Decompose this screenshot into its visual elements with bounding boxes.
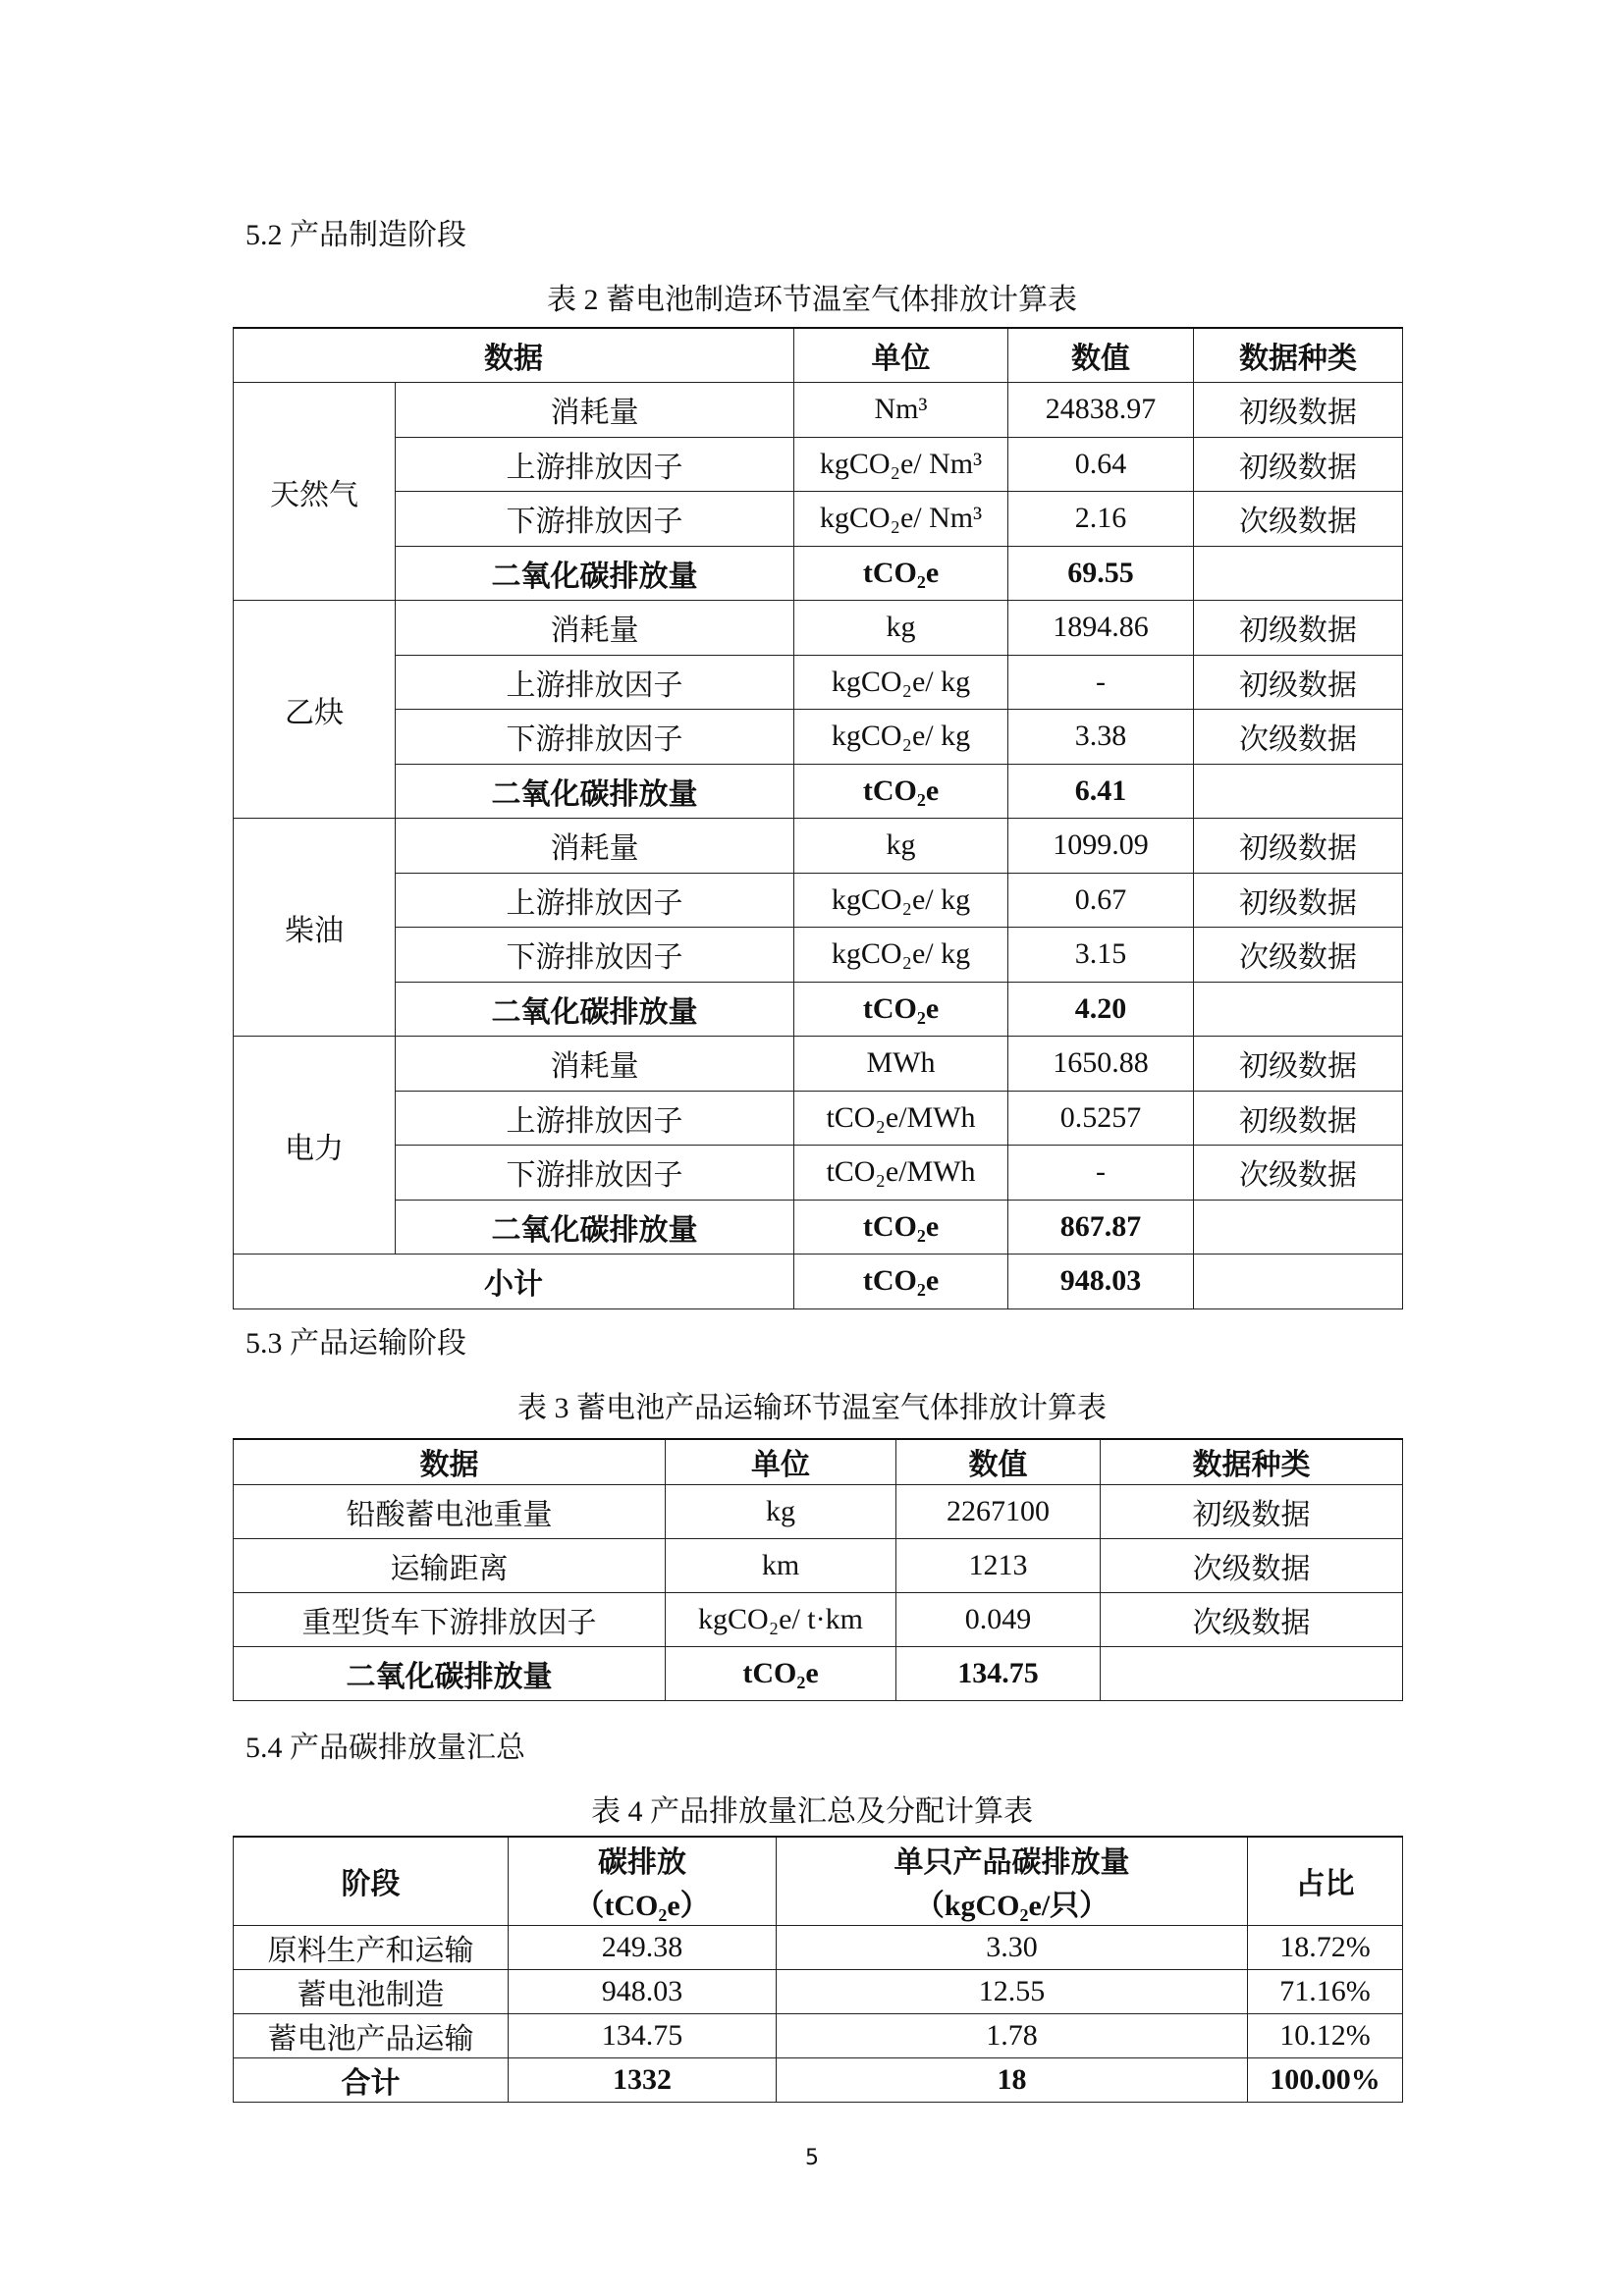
type-cell: 次级数据 bbox=[1194, 1146, 1403, 1201]
header-per-unit-line1: 单只产品碳排放量 bbox=[777, 1838, 1247, 1881]
page-number: 5 bbox=[0, 2146, 1624, 2170]
item-cell: 消耗量 bbox=[396, 819, 794, 874]
value-cell: 867.87 bbox=[1008, 1200, 1194, 1255]
unit-cell: kgCO₂e/ kg bbox=[794, 655, 1008, 710]
table-row: 铅酸蓄电池重量 kg 2267100 初级数据 bbox=[234, 1484, 1403, 1538]
table-4-caption: 表 4 产品排放量汇总及分配计算表 bbox=[0, 1787, 1624, 1830]
item-cell: 重型货车下游排放因子 bbox=[234, 1592, 666, 1646]
item-cell: 下游排放因子 bbox=[396, 928, 794, 983]
unit-cell: tCO₂e bbox=[794, 1200, 1008, 1255]
subtotal-unit: tCO₂e bbox=[794, 1255, 1008, 1309]
item-cell: 二氧化碳排放量 bbox=[396, 546, 794, 601]
table-row: 下游排放因子 kgCO₂e/ Nm³ 2.16 次级数据 bbox=[234, 492, 1403, 547]
table-row: 上游排放因子 kgCO₂e/ kg - 初级数据 bbox=[234, 655, 1403, 710]
type-cell: 初级数据 bbox=[1194, 1091, 1403, 1146]
emission-cell: 249.38 bbox=[509, 1925, 777, 1969]
type-cell: 初级数据 bbox=[1194, 383, 1403, 438]
unit-cell: tCO₂e bbox=[794, 982, 1008, 1037]
unit-cell: tCO₂e/MWh bbox=[794, 1146, 1008, 1201]
type-cell: 次级数据 bbox=[1101, 1538, 1403, 1592]
unit-cell: kgCO₂e/ kg bbox=[794, 873, 1008, 928]
type-cell: 初级数据 bbox=[1194, 1037, 1403, 1092]
type-cell: 次级数据 bbox=[1194, 492, 1403, 547]
item-cell: 二氧化碳排放量 bbox=[234, 1646, 666, 1700]
table-2-caption: 表 2 蓄电池制造环节温室气体排放计算表 bbox=[0, 275, 1624, 318]
item-cell: 下游排放因子 bbox=[396, 710, 794, 765]
table-header-row: 阶段 碳排放 （tCO₂e） 单只产品碳排放量 （kgCO₂e/只） 占比 bbox=[234, 1837, 1403, 1925]
table-row: 电力 消耗量 MWh 1650.88 初级数据 bbox=[234, 1037, 1403, 1092]
value-cell: 2.16 bbox=[1008, 492, 1194, 547]
table-row-total: 二氧化碳排放量 tCO₂e 867.87 bbox=[234, 1200, 1403, 1255]
stage-cell: 蓄电池制造 bbox=[234, 1969, 509, 2013]
value-cell: - bbox=[1008, 655, 1194, 710]
header-share: 占比 bbox=[1248, 1837, 1403, 1925]
stage-cell: 原料生产和运输 bbox=[234, 1925, 509, 1969]
table-row-total: 二氧化碳排放量 tCO₂e 134.75 bbox=[234, 1646, 1403, 1700]
emission-cell: 948.03 bbox=[509, 1969, 777, 2013]
header-unit: 单位 bbox=[794, 328, 1008, 383]
emission-cell: 1332 bbox=[509, 2057, 777, 2102]
table-row: 上游排放因子 kgCO₂e/ Nm³ 0.64 初级数据 bbox=[234, 437, 1403, 492]
type-cell: 初级数据 bbox=[1194, 601, 1403, 656]
type-cell bbox=[1194, 1200, 1403, 1255]
unit-cell: tCO₂e bbox=[794, 764, 1008, 819]
item-cell: 二氧化碳排放量 bbox=[396, 1200, 794, 1255]
item-cell: 上游排放因子 bbox=[396, 873, 794, 928]
item-cell: 二氧化碳排放量 bbox=[396, 982, 794, 1037]
item-cell: 消耗量 bbox=[396, 1037, 794, 1092]
header-type: 数据种类 bbox=[1194, 328, 1403, 383]
value-cell: 3.38 bbox=[1008, 710, 1194, 765]
unit-cell: kgCO₂e/ Nm³ bbox=[794, 437, 1008, 492]
table-row: 运输距离 km 1213 次级数据 bbox=[234, 1538, 1403, 1592]
unit-cell: kg bbox=[794, 819, 1008, 874]
value-cell: 1894.86 bbox=[1008, 601, 1194, 656]
value-cell: 69.55 bbox=[1008, 546, 1194, 601]
type-cell bbox=[1101, 1646, 1403, 1700]
table-row-subtotal: 小计 tCO₂e 948.03 bbox=[234, 1255, 1403, 1309]
value-cell: 1650.88 bbox=[1008, 1037, 1194, 1092]
type-cell: 初级数据 bbox=[1194, 819, 1403, 874]
value-cell: 2267100 bbox=[896, 1484, 1101, 1538]
value-cell: 1213 bbox=[896, 1538, 1101, 1592]
value-cell: 4.20 bbox=[1008, 982, 1194, 1037]
table-header-row: 数据 单位 数值 数据种类 bbox=[234, 1439, 1403, 1484]
unit-cell: kgCO₂e/ kg bbox=[794, 710, 1008, 765]
type-cell: 次级数据 bbox=[1194, 710, 1403, 765]
header-per-unit-line2: （kgCO₂e/只） bbox=[777, 1881, 1247, 1924]
table-row: 柴油 消耗量 kg 1099.09 初级数据 bbox=[234, 819, 1403, 874]
type-cell: 初级数据 bbox=[1101, 1484, 1403, 1538]
group-label: 电力 bbox=[234, 1037, 396, 1255]
type-cell: 初级数据 bbox=[1194, 873, 1403, 928]
table-row: 原料生产和运输 249.38 3.30 18.72% bbox=[234, 1925, 1403, 1969]
header-value: 数值 bbox=[1008, 328, 1194, 383]
unit-cell: tCO₂e bbox=[666, 1646, 896, 1700]
item-cell: 消耗量 bbox=[396, 601, 794, 656]
item-cell: 下游排放因子 bbox=[396, 492, 794, 547]
table-row: 下游排放因子 kgCO₂e/ kg 3.15 次级数据 bbox=[234, 928, 1403, 983]
table-row: 重型货车下游排放因子 kgCO₂e/ t·km 0.049 次级数据 bbox=[234, 1592, 1403, 1646]
item-cell: 上游排放因子 bbox=[396, 437, 794, 492]
table-4-emission-summary: 阶段 碳排放 （tCO₂e） 单只产品碳排放量 （kgCO₂e/只） 占比 原料… bbox=[233, 1836, 1403, 2103]
header-type: 数据种类 bbox=[1101, 1439, 1403, 1484]
table-2-manufacturing-emissions: 数据 单位 数值 数据种类 天然气 消耗量 Nm³ 24838.97 初级数据 … bbox=[233, 327, 1403, 1309]
table-row: 蓄电池制造 948.03 12.55 71.16% bbox=[234, 1969, 1403, 2013]
unit-cell: MWh bbox=[794, 1037, 1008, 1092]
stage-cell: 合计 bbox=[234, 2057, 509, 2102]
type-cell: 次级数据 bbox=[1194, 928, 1403, 983]
table-row: 蓄电池产品运输 134.75 1.78 10.12% bbox=[234, 2013, 1403, 2057]
value-cell: 1099.09 bbox=[1008, 819, 1194, 874]
table-row-total: 二氧化碳排放量 tCO₂e 69.55 bbox=[234, 546, 1403, 601]
header-unit: 单位 bbox=[666, 1439, 896, 1484]
table-row: 下游排放因子 tCO₂e/MWh - 次级数据 bbox=[234, 1146, 1403, 1201]
item-cell: 运输距离 bbox=[234, 1538, 666, 1592]
unit-cell: Nm³ bbox=[794, 383, 1008, 438]
item-cell: 二氧化碳排放量 bbox=[396, 764, 794, 819]
table-header-row: 数据 单位 数值 数据种类 bbox=[234, 328, 1403, 383]
subtotal-type bbox=[1194, 1255, 1403, 1309]
value-cell: 24838.97 bbox=[1008, 383, 1194, 438]
per-unit-cell: 18 bbox=[777, 2057, 1248, 2102]
table-row: 乙炔 消耗量 kg 1894.86 初级数据 bbox=[234, 601, 1403, 656]
value-cell: 0.049 bbox=[896, 1592, 1101, 1646]
type-cell bbox=[1194, 764, 1403, 819]
value-cell: 0.67 bbox=[1008, 873, 1194, 928]
stage-cell: 蓄电池产品运输 bbox=[234, 2013, 509, 2057]
type-cell: 初级数据 bbox=[1194, 655, 1403, 710]
header-data: 数据 bbox=[234, 1439, 666, 1484]
table-row: 天然气 消耗量 Nm³ 24838.97 初级数据 bbox=[234, 383, 1403, 438]
table-3-transport-emissions: 数据 单位 数值 数据种类 铅酸蓄电池重量 kg 2267100 初级数据 运输… bbox=[233, 1438, 1403, 1701]
value-cell: 0.5257 bbox=[1008, 1091, 1194, 1146]
per-unit-cell: 1.78 bbox=[777, 2013, 1248, 2057]
type-cell: 初级数据 bbox=[1194, 437, 1403, 492]
value-cell: 6.41 bbox=[1008, 764, 1194, 819]
header-data: 数据 bbox=[234, 328, 794, 383]
section-heading-5-2: 5.2 产品制造阶段 bbox=[245, 210, 466, 253]
item-cell: 上游排放因子 bbox=[396, 1091, 794, 1146]
value-cell: 134.75 bbox=[896, 1646, 1101, 1700]
share-cell: 10.12% bbox=[1248, 2013, 1403, 2057]
unit-cell: kg bbox=[666, 1484, 896, 1538]
table-3-caption: 表 3 蓄电池产品运输环节温室气体排放计算表 bbox=[0, 1383, 1624, 1426]
subtotal-value: 948.03 bbox=[1008, 1255, 1194, 1309]
header-emission: 碳排放 （tCO₂e） bbox=[509, 1837, 777, 1925]
header-stage: 阶段 bbox=[234, 1837, 509, 1925]
section-heading-5-4: 5.4 产品碳排放量汇总 bbox=[245, 1723, 525, 1766]
emission-cell: 134.75 bbox=[509, 2013, 777, 2057]
unit-cell: tCO₂e bbox=[794, 546, 1008, 601]
item-cell: 消耗量 bbox=[396, 383, 794, 438]
table-row-total: 二氧化碳排放量 tCO₂e 6.41 bbox=[234, 764, 1403, 819]
section-heading-5-3: 5.3 产品运输阶段 bbox=[245, 1318, 466, 1362]
type-cell bbox=[1194, 982, 1403, 1037]
header-emission-line2: （tCO₂e） bbox=[509, 1881, 776, 1924]
header-emission-line1: 碳排放 bbox=[509, 1838, 776, 1881]
table-row: 上游排放因子 tCO₂e/MWh 0.5257 初级数据 bbox=[234, 1091, 1403, 1146]
table-row: 上游排放因子 kgCO₂e/ kg 0.67 初级数据 bbox=[234, 873, 1403, 928]
type-cell bbox=[1194, 546, 1403, 601]
table-row-total: 合计 1332 18 100.00% bbox=[234, 2057, 1403, 2102]
subtotal-label: 小计 bbox=[234, 1255, 794, 1309]
per-unit-cell: 12.55 bbox=[777, 1969, 1248, 2013]
share-cell: 18.72% bbox=[1248, 1925, 1403, 1969]
unit-cell: kgCO₂e/ t·km bbox=[666, 1592, 896, 1646]
share-cell: 71.16% bbox=[1248, 1969, 1403, 2013]
unit-cell: kg bbox=[794, 601, 1008, 656]
type-cell: 次级数据 bbox=[1101, 1592, 1403, 1646]
group-label: 柴油 bbox=[234, 819, 396, 1037]
unit-cell: km bbox=[666, 1538, 896, 1592]
unit-cell: tCO₂e/MWh bbox=[794, 1091, 1008, 1146]
header-value: 数值 bbox=[896, 1439, 1101, 1484]
value-cell: - bbox=[1008, 1146, 1194, 1201]
value-cell: 3.15 bbox=[1008, 928, 1194, 983]
item-cell: 铅酸蓄电池重量 bbox=[234, 1484, 666, 1538]
table-row-total: 二氧化碳排放量 tCO₂e 4.20 bbox=[234, 982, 1403, 1037]
header-per-unit: 单只产品碳排放量 （kgCO₂e/只） bbox=[777, 1837, 1248, 1925]
unit-cell: kgCO₂e/ kg bbox=[794, 928, 1008, 983]
group-label: 天然气 bbox=[234, 383, 396, 601]
unit-cell: kgCO₂e/ Nm³ bbox=[794, 492, 1008, 547]
item-cell: 下游排放因子 bbox=[396, 1146, 794, 1201]
per-unit-cell: 3.30 bbox=[777, 1925, 1248, 1969]
table-row: 下游排放因子 kgCO₂e/ kg 3.38 次级数据 bbox=[234, 710, 1403, 765]
share-cell: 100.00% bbox=[1248, 2057, 1403, 2102]
value-cell: 0.64 bbox=[1008, 437, 1194, 492]
item-cell: 上游排放因子 bbox=[396, 655, 794, 710]
group-label: 乙炔 bbox=[234, 601, 396, 819]
